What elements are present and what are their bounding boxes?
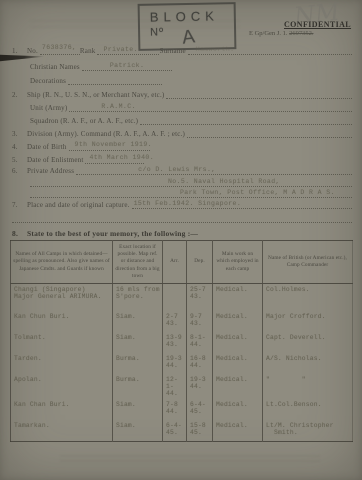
work-cell: Medical. xyxy=(213,311,263,332)
no-label: No. xyxy=(27,47,40,55)
location-cell: Burma. xyxy=(113,353,163,374)
stamp-no-label: Nº xyxy=(150,26,164,38)
location-cell: Siam. xyxy=(113,311,163,332)
table-row: Apolan. Burma. 12-1- 44. 19-3 44. Medica… xyxy=(11,374,353,399)
arrived-cell: 2-7 43. xyxy=(163,311,187,332)
arrived-cell: 13-9 43. xyxy=(163,332,187,353)
address-value-1: c/o D. Lewis Mrs., xyxy=(138,166,215,173)
pow-liberation-questionnaire-scan: BLOCK Nº A NM CONFIDENTIAL E Gp/Gen J. 1… xyxy=(0,0,362,480)
form-line-no-rank-surname: 1. No. 7638376, Rank Private. Surname Ha… xyxy=(12,42,352,55)
location-cell: Burma. xyxy=(113,374,163,399)
work-cell: Medical. xyxy=(213,353,263,374)
form-line-division: 3. Division (Army). Command (R. A. F., A… xyxy=(12,125,352,138)
camp-cell: Changi (Singapore) Major General ARIMURA… xyxy=(11,284,113,312)
form-line-decorations: Decorations xyxy=(30,72,162,85)
date-of-birth-label: Date of Birth xyxy=(27,143,69,151)
camps-table: Names of All Camps in which detained—spe… xyxy=(10,240,353,442)
table-row: Kan Chan Buri. Siam. 7-8 44. 6-4- 45. Me… xyxy=(11,399,353,420)
ship-field xyxy=(166,89,352,99)
work-cell: Medical. xyxy=(213,420,263,442)
address-value-2: No.5. Naval Hospital Road, xyxy=(168,178,280,185)
division-label: Division (Army). Command (R. A. F., A. A… xyxy=(27,130,187,138)
departed-cell: 19-3 44. xyxy=(187,374,213,399)
work-cell: Medical. xyxy=(213,284,263,312)
arrived-cell: 6-4- 45. xyxy=(163,420,187,442)
location-cell: Siam. xyxy=(113,420,163,442)
ink-bleedthrough-bottom xyxy=(60,452,320,462)
location-cell: 16 mls from S'pore. xyxy=(113,284,163,312)
camp-cell: Tarden. xyxy=(11,353,113,374)
table-row: Changi (Singapore) Major General ARIMURA… xyxy=(11,284,353,312)
header-location: Exact location if possible. Map ref. or … xyxy=(113,241,163,284)
form-line-date-of-birth: 4. Date of Birth 9th November 1919. xyxy=(12,138,150,151)
form-line-unit: Unit (Army) R.A.M.C. xyxy=(30,99,352,112)
form-line-capture-continued xyxy=(12,210,352,223)
form-line-christian-names: Christian Names Patrick. xyxy=(30,58,172,71)
departed-cell: 6-4- 45. xyxy=(187,399,213,420)
item-number: 6. xyxy=(12,167,27,175)
departed-cell: 8-1- 44. xyxy=(187,332,213,353)
capture-field-2 xyxy=(12,213,352,223)
no-field: 7638376, xyxy=(40,45,80,55)
commander-cell: " " xyxy=(263,374,353,399)
christian-names-value: Patrick. xyxy=(110,62,144,69)
item-number: 7. xyxy=(12,201,27,209)
memory-statement-label: State to the best of your memory, the fo… xyxy=(27,229,200,238)
christian-names-label: Christian Names xyxy=(30,63,82,71)
work-cell: Medical. xyxy=(213,332,263,353)
squadron-label: Squadron (R. A. F., or A. A. F., etc.) xyxy=(30,117,140,125)
reference-prefix: E Gp/Gen J. 1. xyxy=(249,30,287,37)
rank-label: Rank xyxy=(80,47,98,55)
date-of-birth-value: 9th November 1919. xyxy=(75,141,152,148)
decorations-field xyxy=(68,75,162,85)
table-header-row: Names of All Camps in which detained—spe… xyxy=(11,241,353,284)
header-arrived: Arr. xyxy=(163,241,187,284)
arrived-cell: 12-1- 44. xyxy=(163,374,187,399)
commander-cell: Lt.Col.Benson. xyxy=(263,399,353,420)
departed-cell: 25-7 43. xyxy=(187,284,213,312)
item-number: 4. xyxy=(12,143,27,151)
christian-names-field: Patrick. xyxy=(82,61,172,71)
item-number: 2. xyxy=(12,91,27,99)
camp-cell: Kan Chun Buri. xyxy=(11,311,113,332)
reference-number-struck: 2697352. xyxy=(289,30,313,37)
decorations-label: Decorations xyxy=(30,77,68,85)
commander-cell: A/S. Nicholas. xyxy=(263,353,353,374)
service-number-value: 7638376, xyxy=(42,44,76,51)
arrived-cell: 19-3 44. xyxy=(163,353,187,374)
work-cell: Medical. xyxy=(213,399,263,420)
departed-cell: 9-7 43. xyxy=(187,311,213,332)
form-line-capture: 7. Place and date of original capture. 1… xyxy=(12,196,352,209)
location-cell: Siam. xyxy=(113,332,163,353)
departed-cell: 16-8 44. xyxy=(187,353,213,374)
surname-value: Hamworth. xyxy=(196,46,235,53)
item-number: 8. xyxy=(12,229,27,238)
capture-field: 15th Feb.1942. Singapore. xyxy=(132,199,352,209)
squadron-field xyxy=(140,115,352,125)
date-of-birth-field: 9th November 1919. xyxy=(69,141,150,151)
ship-label: Ship (R. N., U. S. N., or Merchant Navy,… xyxy=(27,91,166,99)
unit-field: R.A.M.C. xyxy=(69,102,352,112)
commander-cell: Capt. Deverell. xyxy=(263,332,353,353)
arrived-cell: 7-8 44. xyxy=(163,399,187,420)
work-cell: Medical. xyxy=(213,374,263,399)
form-line-squadron: Squadron (R. A. F., or A. A. F., etc.) xyxy=(30,112,352,125)
header-camp-commander: Name of British (or American etc.), Camp… xyxy=(263,241,353,284)
location-cell: Siam. xyxy=(113,399,163,420)
item-number: 3. xyxy=(12,130,27,138)
form-line-ship: 2. Ship (R. N., U. S. N., or Merchant Na… xyxy=(12,86,352,99)
date-of-enlistment-value: 4th March 1940. xyxy=(89,154,154,161)
rank-field: Private. xyxy=(97,45,159,55)
header-main-work: Main work on which employed in each camp xyxy=(213,241,263,284)
camp-cell: Kan Chan Buri. xyxy=(11,399,113,420)
surname-field: Hamworth. xyxy=(188,45,352,55)
capture-label: Place and date of original capture. xyxy=(27,201,132,209)
table-row: Tolmant. Siam. 13-9 43. 8-1- 44. Medical… xyxy=(11,332,353,353)
table-row: Tamarkan. Siam. 6-4- 45. 15-8 45. Medica… xyxy=(11,420,353,442)
camp-cell: Tolmant. xyxy=(11,332,113,353)
confidential-label: CONFIDENTIAL xyxy=(284,20,351,29)
unit-value: R.A.M.C. xyxy=(101,103,135,110)
memory-statement-heading: 8. State to the best of your memory, the… xyxy=(12,225,352,238)
item-number: 1. xyxy=(12,47,27,55)
header-camps: Names of All Camps in which detained—spe… xyxy=(11,241,113,284)
unit-label: Unit (Army) xyxy=(30,104,69,112)
stamp-block-label: BLOCK xyxy=(150,8,219,24)
arrived-cell xyxy=(163,284,187,312)
table-row: Kan Chun Buri. Siam. 2-7 43. 9-7 43. Med… xyxy=(11,311,353,332)
commander-cell: Col.Holmes. xyxy=(263,284,353,312)
address-value-3: Park Town, Post Office, M A D R A S. xyxy=(180,189,335,196)
table-row: Tarden. Burma. 19-3 44. 16-8 44. Medical… xyxy=(11,353,353,374)
commander-cell: Major Crofford. xyxy=(263,311,353,332)
commander-cell: Lt/M. Christopher Smith. xyxy=(263,420,353,442)
camp-cell: Apolan. xyxy=(11,374,113,399)
departed-cell: 15-8 45. xyxy=(187,420,213,442)
camp-cell: Tamarkan. xyxy=(11,420,113,442)
header-departed: Dep. xyxy=(187,241,213,284)
rank-value: Private. xyxy=(103,46,137,53)
surname-label: Surname xyxy=(159,47,187,55)
division-field xyxy=(187,128,352,138)
capture-value: 15th Feb.1942. Singapore. xyxy=(134,200,242,207)
reference-number: E Gp/Gen J. 1. 2697352. xyxy=(249,30,313,37)
